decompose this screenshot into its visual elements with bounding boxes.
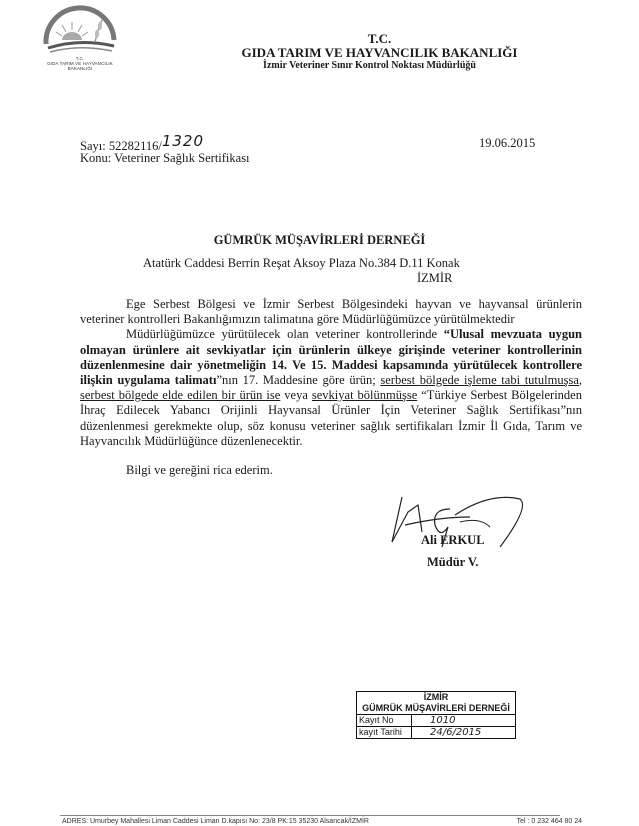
p2-text-a: Müdürlüğümüzce yürütülecek olan veterine… <box>126 327 444 341</box>
stamp-value: 1010 <box>412 715 515 726</box>
footer-divider <box>60 815 560 816</box>
p2-text-b: ”nın 17. Maddesine göre ürün; <box>216 373 380 387</box>
stamp-value: 24/6/2015 <box>412 727 515 738</box>
p2-text-c: , <box>579 373 582 387</box>
p2-text-d: veya <box>280 388 312 402</box>
stamp-label: kayıt Tarihi <box>357 727 412 738</box>
document-date: 19.06.2015 <box>479 136 535 151</box>
handwritten-number: 1320 <box>162 132 204 150</box>
signatory-name: Ali ERKUL <box>421 533 485 548</box>
p2-underline-1: serbest bölgede işleme tabi tutulmuşsa <box>380 373 579 387</box>
stamp-row-registry-date: kayıt Tarihi 24/6/2015 <box>357 727 515 738</box>
p2-underline-3: sevkiyat bölünmüşse <box>312 388 417 402</box>
footer: ADRES: Umurbey Mahallesi Liman Caddesi L… <box>62 818 582 825</box>
letter-body: Ege Serbest Bölgesi ve İzmir Serbest Böl… <box>80 297 582 449</box>
subject: Konu: Veteriner Sağlık Sertifikası <box>80 151 250 166</box>
stamp-label: Kayıt No <box>357 715 412 726</box>
recipient-city: İZMİR <box>417 271 452 286</box>
stamp-row-registry-no: Kayıt No 1010 <box>357 715 515 727</box>
signatory-title: Müdür V. <box>427 555 478 570</box>
closing-line: Bilgi ve gereğini rica ederim. <box>126 463 273 478</box>
recipient-address: Atatürk Caddesi Berrin Reşat Aksoy Plaza… <box>143 256 460 271</box>
stamp-org: GÜMRÜK MÜŞAVİRLERİ DERNEĞİ <box>357 703 515 715</box>
header-ministry: GIDA TARIM VE HAYVANCILIK BAKANLIĞI <box>60 45 639 61</box>
recipient-name: GÜMRÜK MÜŞAVİRLERİ DERNEĞİ <box>0 233 639 248</box>
stamp-city: İZMİR <box>357 692 515 703</box>
registry-stamp: İZMİR GÜMRÜK MÜŞAVİRLERİ DERNEĞİ Kayıt N… <box>356 691 516 739</box>
paragraph-1: Ege Serbest Bölgesi ve İzmir Serbest Böl… <box>80 297 582 327</box>
header-directorate: İzmir Veteriner Sınır Kontrol Noktası Mü… <box>50 60 639 71</box>
footer-phone: Tel : 0 232 464 80 24 <box>517 818 582 825</box>
footer-address: ADRES: Umurbey Mahallesi Liman Caddesi L… <box>62 818 369 825</box>
paragraph-2: Müdürlüğümüzce yürütülecek olan veterine… <box>80 327 582 449</box>
p2-underline-2: serbest bölgede elde edilen bir ürün ise <box>80 388 280 402</box>
